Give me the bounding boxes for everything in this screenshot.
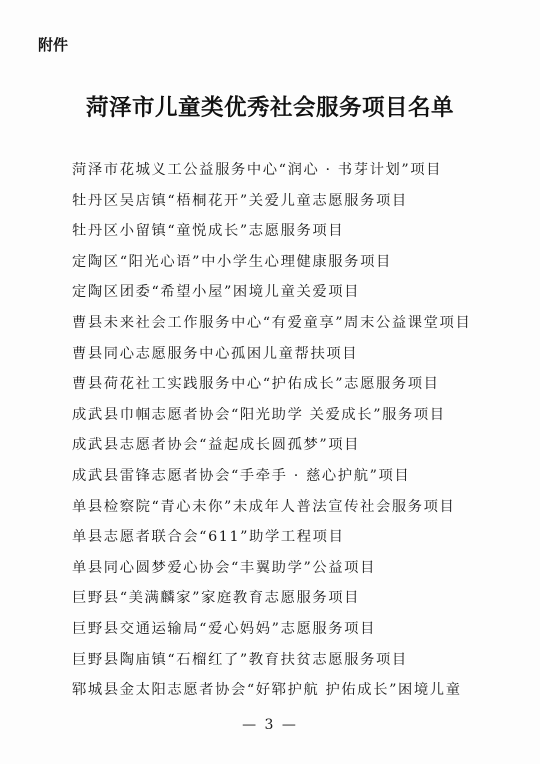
list-item: 定陶区“阳光心语”中小学生心理健康服务项目 xyxy=(72,247,532,278)
list-item: 郓城县金太阳志愿者协会“好郓护航 护佑成长”困境儿童 xyxy=(72,675,532,706)
list-item: 巨野县“美满麟家”家庭教育志愿服务项目 xyxy=(72,583,532,614)
list-item: 定陶区团委“希望小屋”困境儿童关爱项目 xyxy=(72,277,532,308)
list-item: 牡丹区吴店镇“梧桐花开”关爱儿童志愿服务项目 xyxy=(72,186,532,217)
list-item: 成武县巾帼志愿者协会“阳光助学 关爱成长”服务项目 xyxy=(72,400,532,431)
list-item: 曹县荷花社工实践服务中心“护佑成长”志愿服务项目 xyxy=(72,369,532,400)
list-item: 曹县同心志愿服务中心孤困儿童帮扶项目 xyxy=(72,339,532,370)
list-item: 曹县未来社会工作服务中心“有爱童享”周末公益课堂项目 xyxy=(72,308,532,339)
list-item: 单县同心圆梦爱心协会“丰翼助学”公益项目 xyxy=(72,553,532,584)
list-item: 巨野县交通运输局“爱心妈妈”志愿服务项目 xyxy=(72,614,532,645)
list-item: 牡丹区小留镇“童悦成长”志愿服务项目 xyxy=(72,216,532,247)
list-item: 菏泽市花城义工公益服务中心“润心 · 书芽计划”项目 xyxy=(72,155,532,186)
list-item: 单县检察院“青心未你”未成年人普法宣传社会服务项目 xyxy=(72,492,532,523)
list-item: 成武县志愿者协会“益起成长圆孤梦”项目 xyxy=(72,430,532,461)
list-item: 巨野县陶庙镇“石榴红了”教育扶贫志愿服务项目 xyxy=(72,645,532,676)
project-list: 菏泽市花城义工公益服务中心“润心 · 书芽计划”项目 牡丹区吴店镇“梧桐花开”关… xyxy=(72,155,532,706)
list-item: 成武县雷锋志愿者协会“手牵手 · 慈心护航”项目 xyxy=(72,461,532,492)
document-title: 菏泽市儿童类优秀社会服务项目名单 xyxy=(0,90,540,122)
page-number: — 3 — xyxy=(0,717,540,733)
attachment-label: 附件 xyxy=(38,34,68,55)
document-page: 附件 菏泽市儿童类优秀社会服务项目名单 菏泽市花城义工公益服务中心“润心 · 书… xyxy=(0,0,540,764)
list-item: 单县志愿者联合会“611”助学工程项目 xyxy=(72,522,532,553)
